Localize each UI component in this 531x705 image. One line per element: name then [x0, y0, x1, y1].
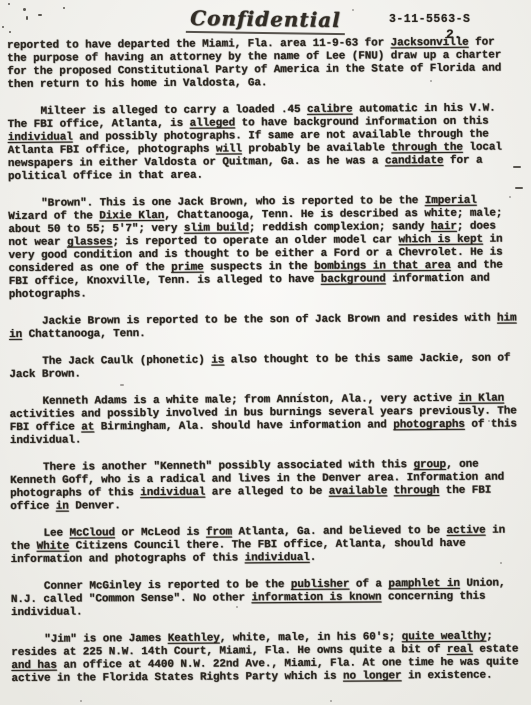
scanned-document-page: Confidential 3-11-5563-S 2. reported to … [0, 0, 531, 705]
scan-artifact [2, 26, 4, 28]
document-serial-number: 3-11-5563-S [389, 13, 470, 26]
scan-artifact [23, 8, 26, 11]
scan-artifact [509, 196, 511, 198]
scan-artifact [500, 562, 502, 564]
paragraph-lee-mccloud: Lee McCloud or McLeod is from Atlanta, G… [10, 524, 519, 567]
paragraph-jack-caulk: The Jack Caulk (phonetic) is also though… [9, 352, 518, 382]
scan-artifact [63, 7, 65, 9]
scan-artifact [513, 166, 521, 168]
paragraph-kenneth-goff: There is another "Kenneth" possibly asso… [10, 458, 519, 514]
paragraph-conner-mcginley: Conner McGinley is reported to be the pu… [11, 577, 520, 620]
scan-artifact [330, 700, 332, 702]
paragraph-continuation: reported to have departed the Miami, Fla… [7, 36, 516, 92]
scan-artifact [430, 80, 432, 82]
scan-artifact [8, 3, 10, 5]
scan-artifact [300, 392, 302, 394]
paragraph-milteer-weapon: Milteer is alleged to carry a loaded .45… [7, 102, 517, 184]
document-body: reported to have departed the Miami, Fla… [7, 36, 521, 700]
confidential-stamp-text: Confidential [186, 6, 345, 35]
paragraph-james-keathley: "Jim" is one James Keathley, white, male… [11, 630, 520, 686]
paragraph-jack-brown: "Brown". This is one Jack Brown, who is … [8, 194, 518, 302]
scan-artifact [26, 16, 28, 20]
paragraph-kenneth-adams: Kenneth Adams is a white male; from Anni… [9, 392, 518, 448]
paragraph-jackie-brown: Jackie Brown is reported to be the son o… [9, 312, 518, 342]
scan-artifact [120, 384, 124, 386]
scan-artifact [352, 9, 354, 11]
scan-artifact [236, 606, 238, 608]
scan-artifact [488, 420, 490, 422]
scan-artifact [80, 700, 82, 702]
scan-artifact [515, 187, 523, 189]
scan-artifact [9, 31, 11, 33]
scan-artifact [38, 14, 42, 16]
